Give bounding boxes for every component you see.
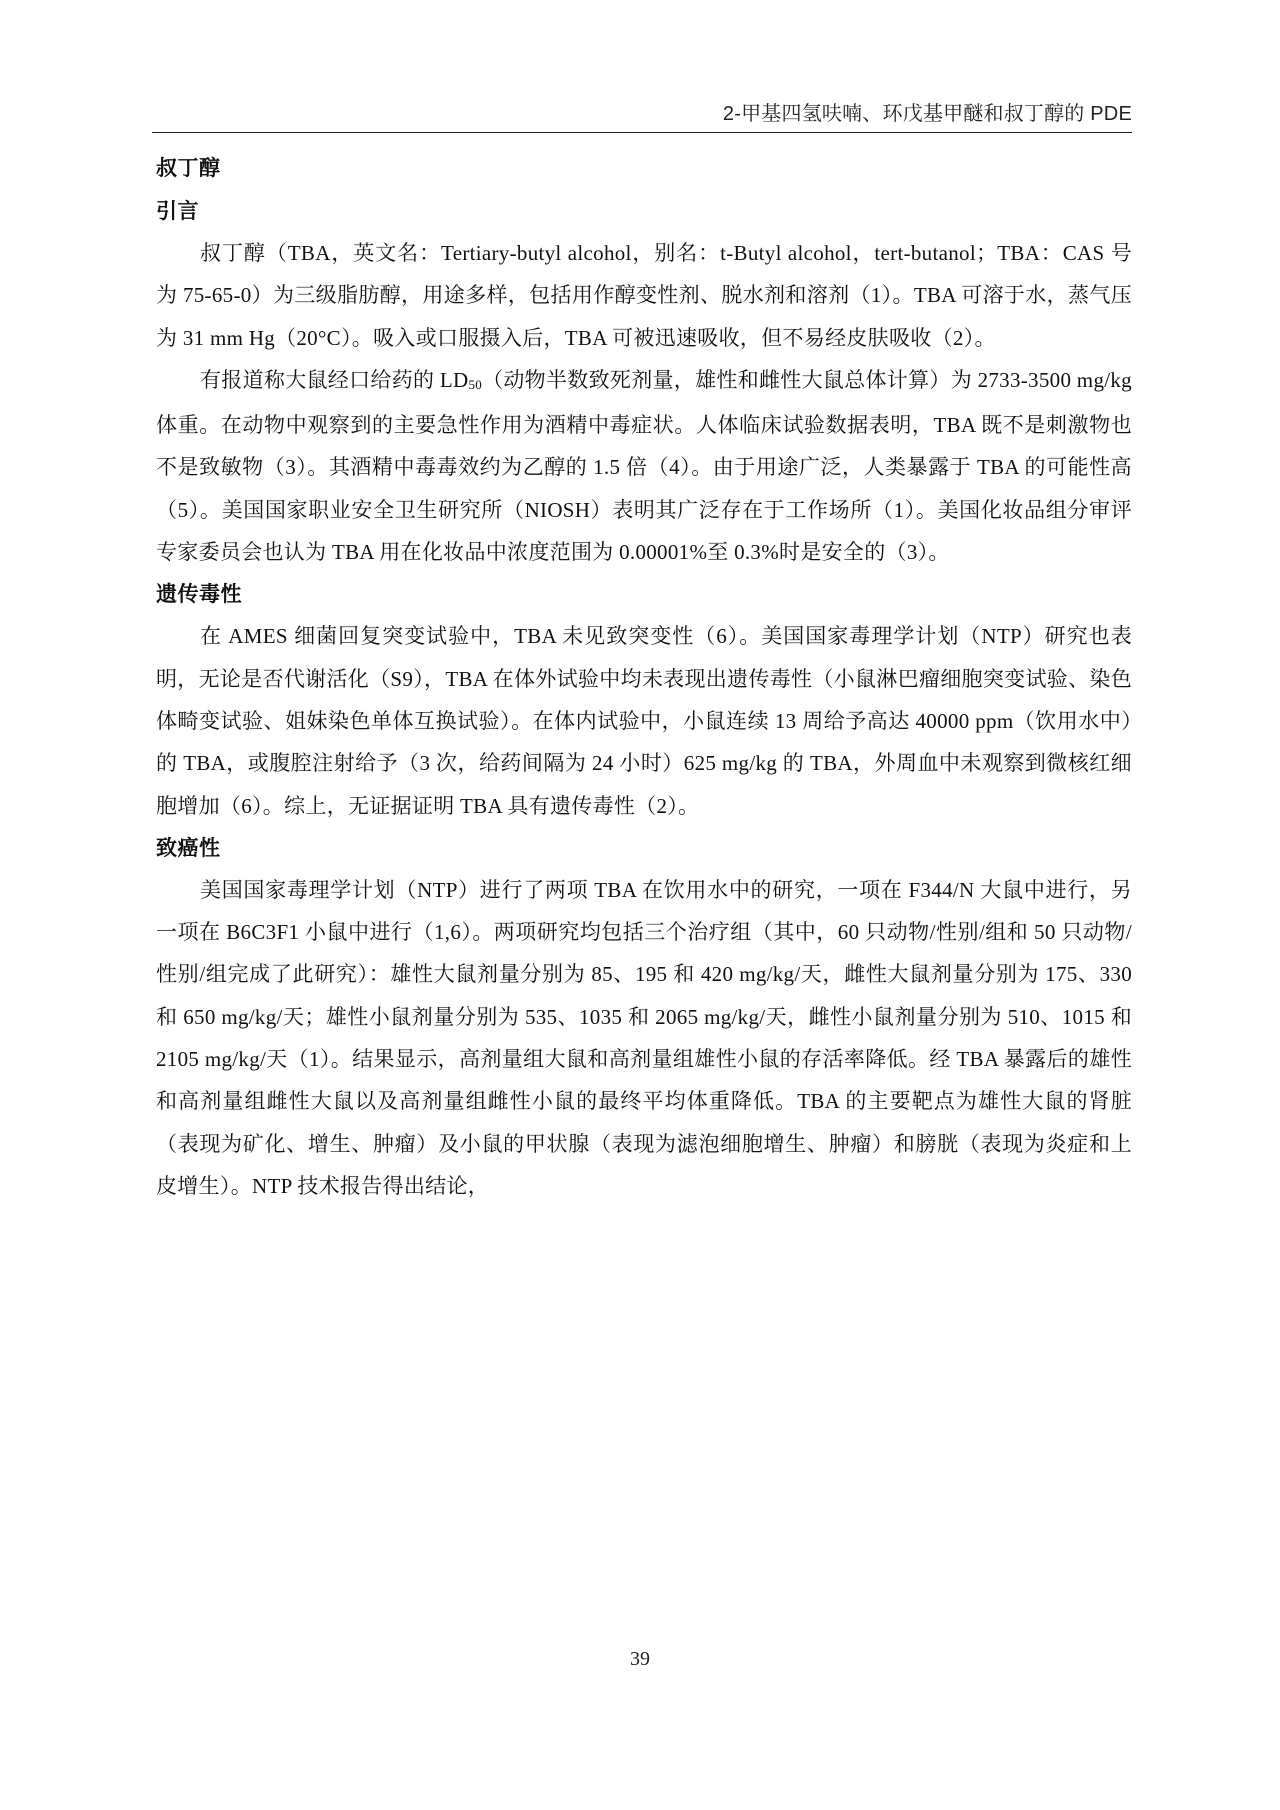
section-genotoxicity: 遗传毒性 在 AMES 细菌回复突变试验中，TBA 未见致突变性（6）。美国国家… xyxy=(156,573,1132,826)
paragraph-intro-1: 叔丁醇（TBA，英文名：Tertiary-butyl alcohol，别名：t-… xyxy=(156,232,1132,359)
running-header: 2-甲基四氢呋喃、环戊基甲醚和叔丁醇的 PDE xyxy=(152,94,1132,133)
ld50-subscript: 50 xyxy=(468,377,482,392)
section-heading-carcinogenicity: 致癌性 xyxy=(156,827,1132,869)
paragraph-intro-2-lead: 有报道称大鼠经口给药的 LD xyxy=(200,368,468,392)
page-number: 39 xyxy=(0,1648,1280,1671)
section-introduction: 引言 叔丁醇（TBA，英文名：Tertiary-butyl alcohol，别名… xyxy=(156,190,1132,573)
running-header-title: 2-甲基四氢呋喃、环戊基甲醚和叔丁醇的 PDE xyxy=(723,97,1132,126)
paragraph-carcinogenicity-1: 美国国家毒理学计划（NTP）进行了两项 TBA 在饮用水中的研究，一项在 F34… xyxy=(156,869,1132,1207)
paragraph-genotoxicity-1: 在 AMES 细菌回复突变试验中，TBA 未见致突变性（6）。美国国家毒理学计划… xyxy=(156,615,1132,826)
section-heading-introduction: 引言 xyxy=(156,190,1132,232)
section-carcinogenicity: 致癌性 美国国家毒理学计划（NTP）进行了两项 TBA 在饮用水中的研究，一项在… xyxy=(156,827,1132,1207)
paragraph-intro-2: 有报道称大鼠经口给药的 LD50（动物半数致死剂量，雄性和雌性大鼠总体计算）为 … xyxy=(156,359,1132,573)
paragraph-intro-2-rest: （动物半数致死剂量，雄性和雌性大鼠总体计算）为 2733-3500 mg/kg … xyxy=(156,368,1132,564)
page-content: 叔丁醇 引言 叔丁醇（TBA，英文名：Tertiary-butyl alcoho… xyxy=(156,146,1132,1207)
section-heading-genotoxicity: 遗传毒性 xyxy=(156,573,1132,615)
section-title: 叔丁醇 xyxy=(156,146,1132,190)
